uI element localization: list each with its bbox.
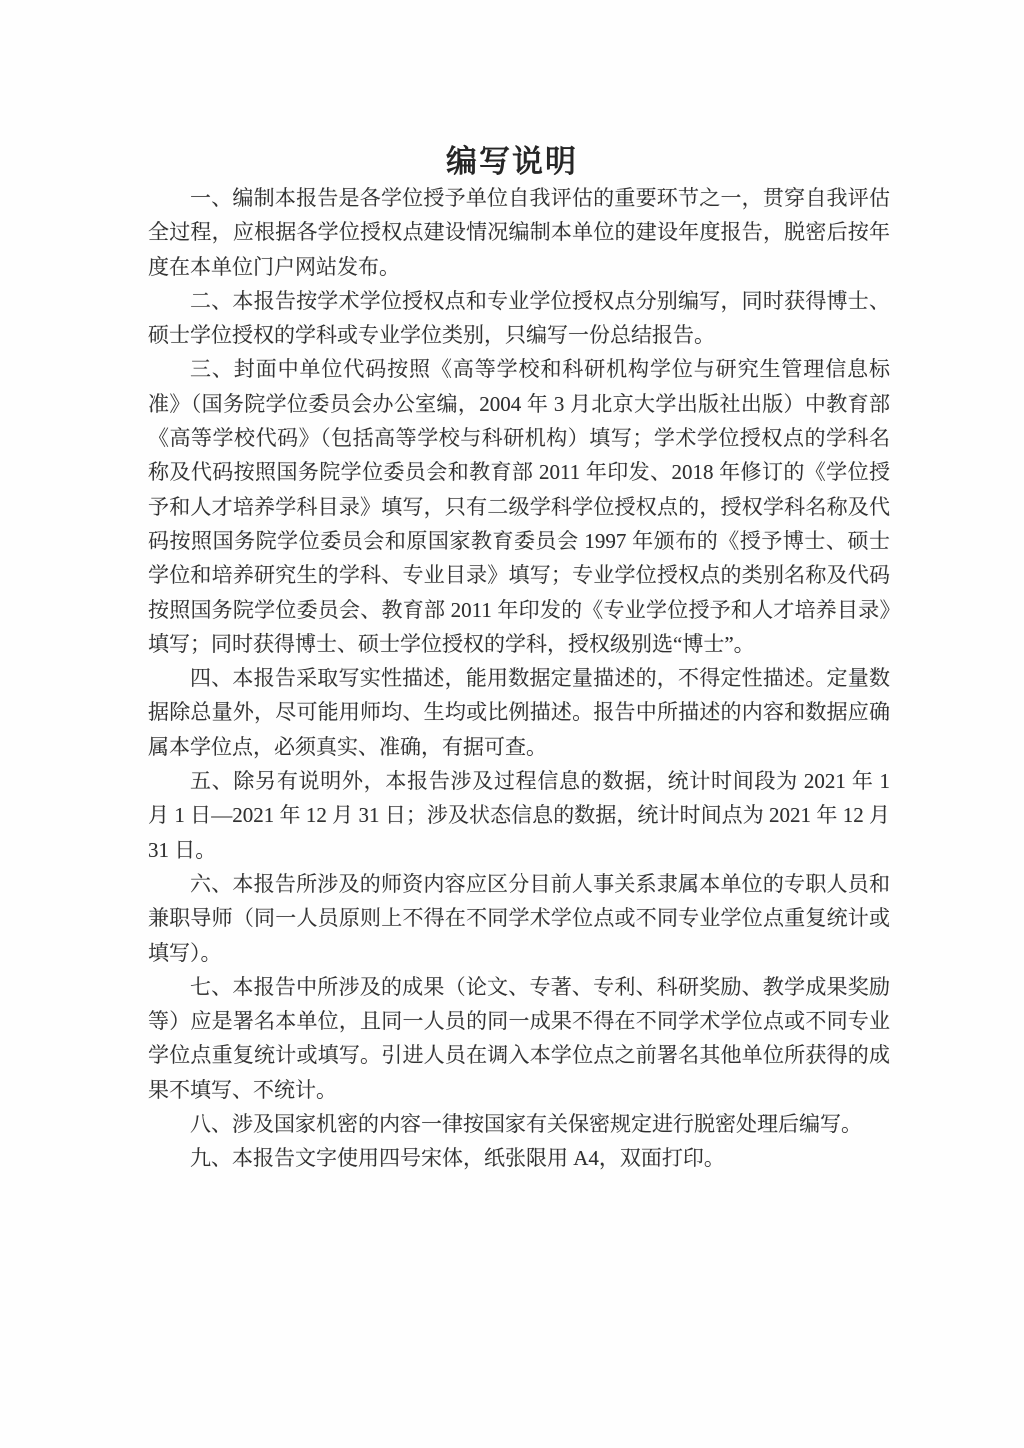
page-title: 编写说明	[0, 136, 1024, 181]
paragraph-2: 二、本报告按学术学位授权点和专业学位授权点分别编写，同时获得博士、硕士学位授权的…	[148, 284, 890, 353]
paragraph-4: 四、本报告采取写实性描述，能用数据定量描述的，不得定性描述。定量数据除总量外，尽…	[148, 661, 890, 764]
paragraph-1: 一、编制本报告是各学位授予单位自我评估的重要环节之一，贯穿自我评估全过程，应根据…	[148, 181, 890, 284]
paragraph-8: 八、涉及国家机密的内容一律按国家有关保密规定进行脱密处理后编写。	[148, 1107, 890, 1141]
paragraph-6: 六、本报告所涉及的师资内容应区分目前人事关系隶属本单位的专职人员和兼职导师（同一…	[148, 867, 890, 970]
paragraph-9: 九、本报告文字使用四号宋体，纸张限用 A4，双面打印。	[148, 1141, 890, 1175]
document-page: 编写说明 一、编制本报告是各学位授予单位自我评估的重要环节之一，贯穿自我评估全过…	[0, 0, 1024, 1448]
document-body: 一、编制本报告是各学位授予单位自我评估的重要环节之一，贯穿自我评估全过程，应根据…	[148, 181, 890, 1176]
paragraph-7: 七、本报告中所涉及的成果（论文、专著、专利、科研奖励、教学成果奖励等）应是署名本…	[148, 970, 890, 1107]
paragraph-5: 五、除另有说明外，本报告涉及过程信息的数据，统计时间段为 2021 年 1 月 …	[148, 764, 890, 867]
paragraph-3: 三、封面中单位代码按照《高等学校和科研机构学位与研究生管理信息标准》（国务院学位…	[148, 352, 890, 661]
